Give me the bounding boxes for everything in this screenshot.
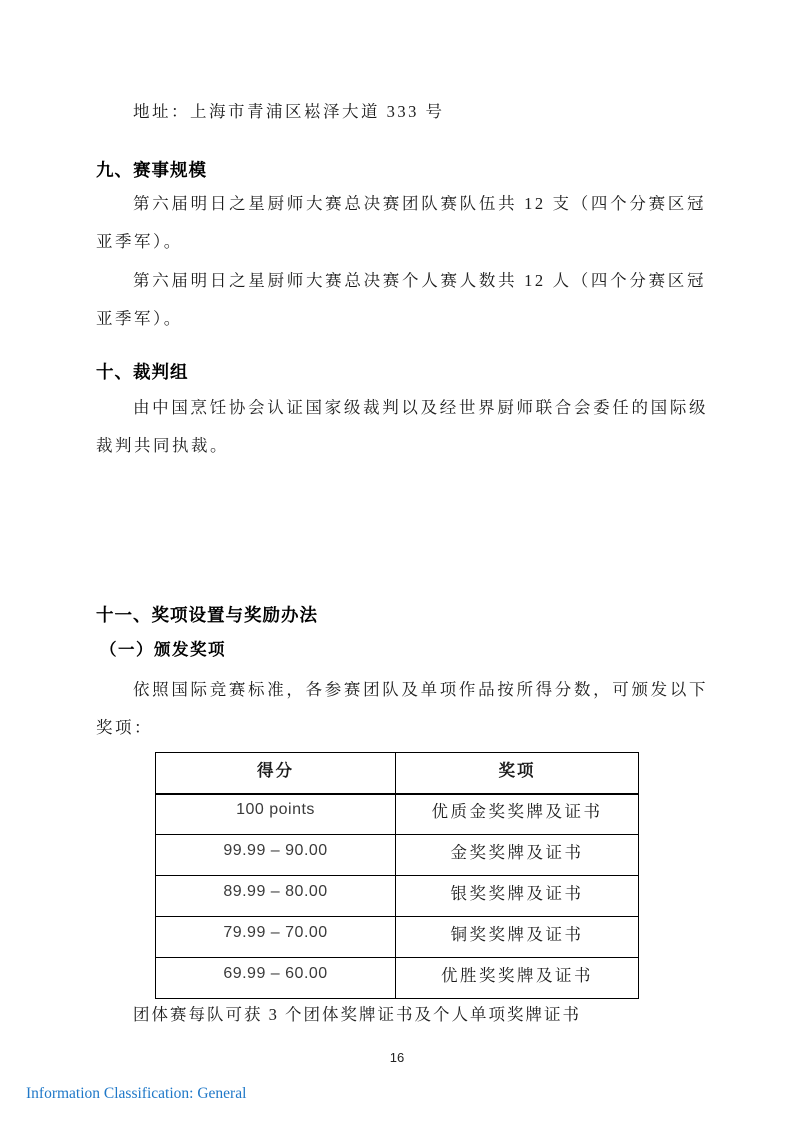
table-row: 79.99 – 70.00 铜奖奖牌及证书: [156, 917, 639, 958]
address-line: 地址：上海市青浦区崧泽大道 333 号: [133, 93, 708, 131]
section-11-intro-paragraph: 依照国际竞赛标准，各参赛团队及单项作品按所得分数，可颁发以下奖项：: [96, 671, 708, 747]
table-row: 99.99 – 90.00 金奖奖牌及证书: [156, 835, 639, 876]
document-page: 地址：上海市青浦区崧泽大道 333 号 九、赛事规模 第六届明日之星厨师大赛总决…: [0, 0, 794, 1122]
section-9-heading: 九、赛事规模: [96, 157, 207, 182]
score-cell: 79.99 – 70.00: [156, 917, 396, 958]
score-cell: 99.99 – 90.00: [156, 835, 396, 876]
award-cell: 优胜奖奖牌及证书: [396, 958, 639, 999]
table-row: 100 points 优质金奖奖牌及证书: [156, 794, 639, 835]
section-9-paragraph-individual: 第六届明日之星厨师大赛总决赛个人赛人数共 12 人（四个分赛区冠亚季军）。: [96, 262, 706, 338]
score-cell: 69.99 – 60.00: [156, 958, 396, 999]
classification-footer: Information Classification: General: [26, 1085, 246, 1103]
section-9-paragraph-team: 第六届明日之星厨师大赛总决赛团队赛队伍共 12 支（四个分赛区冠亚季军）。: [96, 185, 706, 261]
section-11-subheading: （一）颁发奖项: [100, 636, 226, 660]
page-number: 16: [0, 1050, 794, 1065]
table-note: 团体赛每队可获 3 个团体奖牌证书及个人单项奖牌证书: [133, 1001, 581, 1025]
award-cell: 铜奖奖牌及证书: [396, 917, 639, 958]
awards-table: 得分 奖项 100 points 优质金奖奖牌及证书 99.99 – 90.00…: [155, 752, 639, 999]
section-11-heading: 十一、奖项设置与奖励办法: [96, 602, 318, 627]
award-cell: 银奖奖牌及证书: [396, 876, 639, 917]
award-cell: 优质金奖奖牌及证书: [396, 794, 639, 835]
score-cell: 89.99 – 80.00: [156, 876, 396, 917]
score-column-header: 得分: [156, 753, 396, 794]
section-10-heading: 十、裁判组: [96, 359, 189, 384]
awards-table-header-row: 得分 奖项: [156, 753, 639, 794]
table-row: 69.99 – 60.00 优胜奖奖牌及证书: [156, 958, 639, 999]
section-10-paragraph: 由中国烹饪协会认证国家级裁判以及经世界厨师联合会委任的国际级裁判共同执裁。: [96, 389, 708, 465]
award-column-header: 奖项: [396, 753, 639, 794]
award-cell: 金奖奖牌及证书: [396, 835, 639, 876]
score-cell: 100 points: [156, 794, 396, 835]
table-row: 89.99 – 80.00 银奖奖牌及证书: [156, 876, 639, 917]
